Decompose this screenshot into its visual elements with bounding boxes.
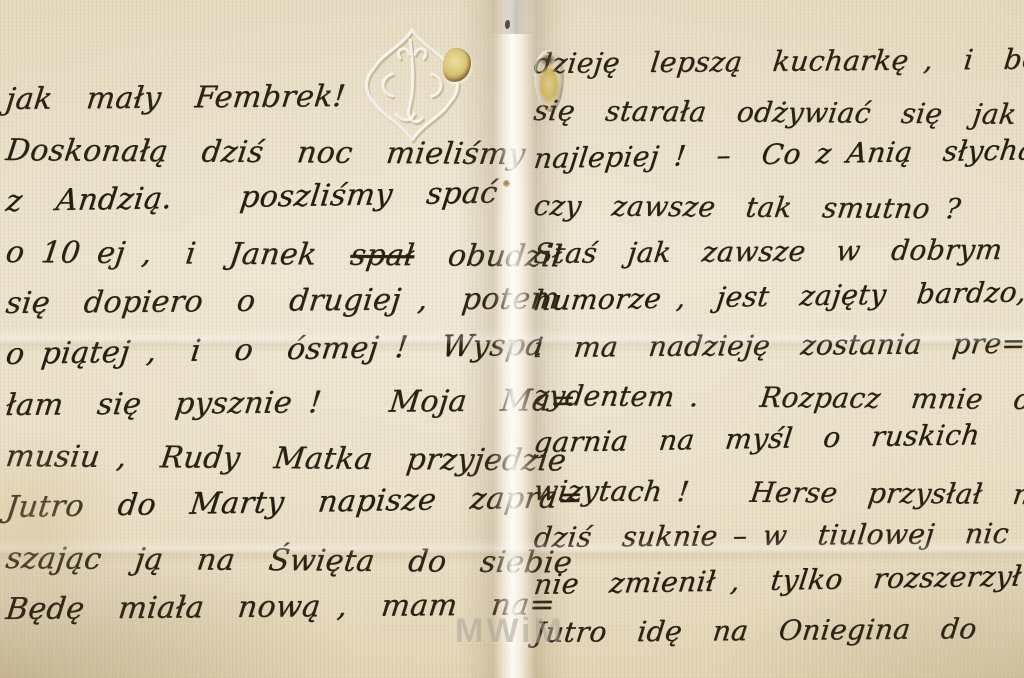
handwriting-line: i ma nadzieję zostania pre= [531, 320, 1024, 372]
fold-speck [505, 20, 510, 29]
handwriting-line: Jutro idę na Oniegina do [531, 604, 1024, 656]
watermark: MWiM [455, 612, 565, 651]
handwriting-line: nie zmienił , tylko rozszerzył [531, 553, 1024, 609]
letter-page-right: dzieję lepszą kucharkę , i będęsię stara… [528, 0, 1024, 678]
handwriting-line: jak mały Fembrek! [3, 70, 509, 125]
handwriting-line: najlepiej ! – Co z Anią słychać [531, 126, 1024, 182]
right-page-text: dzieję lepszą kucharkę , i będęsię stara… [534, 40, 1024, 656]
strikethrough-word: spał [348, 238, 416, 274]
handwriting-line: z Andzią. poszliśmy spać [3, 167, 510, 227]
handwriting-line: humorze , jest zajęty bardzo, [531, 268, 1024, 324]
left-page-text: jak mały Fembrek!Doskonałą dziś noc miel… [6, 74, 506, 635]
handwriting-line: dzieję lepszą kucharkę , i będę [531, 36, 1024, 88]
handwriting-line: o piątej , i o ósmej ! Wyspa [3, 320, 510, 380]
handwriting-line: Jutro do Marty napisze zapra= [3, 473, 510, 533]
letter-page-left: jak mały Fembrek!Doskonałą dziś noc miel… [0, 0, 508, 678]
handwriting-line: garnia na myśl o ruskich [531, 410, 1024, 466]
letter-scan: jak mały Fembrek!Doskonałą dziś noc miel… [0, 0, 1024, 678]
handwriting-line: łam się pysznie ! Moja Ma= [3, 376, 509, 431]
handwriting-line: Będę miała nową , mam na= [3, 580, 509, 635]
fold-pinhole [503, 180, 510, 187]
